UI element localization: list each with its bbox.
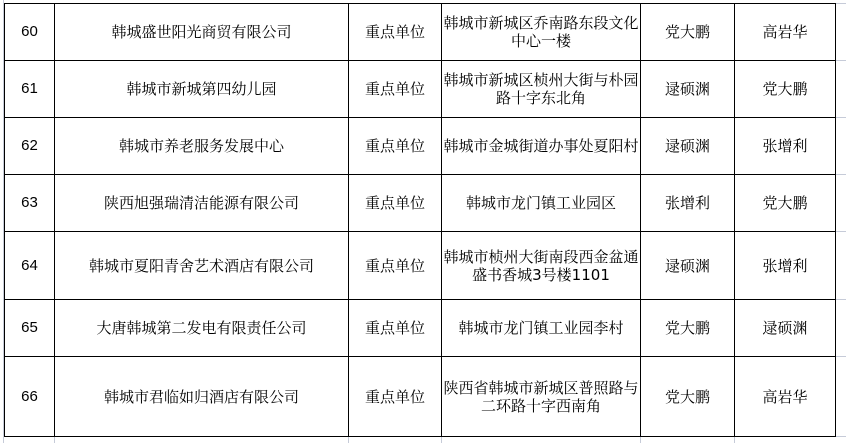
responsible-person-a-cell[interactable]: 党大鹏 [641,300,735,357]
table-row: 65 大唐韩城第二发电有限责任公司 重点单位 韩城市龙门镇工业园李村 党大鹏 逯… [5,300,836,357]
category-cell[interactable]: 重点单位 [349,118,442,175]
sheet-gridline-tick [836,356,846,357]
sheet-gridline-tick [836,436,846,437]
category-cell[interactable]: 重点单位 [349,232,442,300]
row-number-cell[interactable]: 62 [5,118,55,175]
row-number-cell[interactable]: 64 [5,232,55,300]
sheet-gridline-tick [836,299,846,300]
responsible-person-b-cell[interactable]: 党大鹏 [735,61,836,118]
sheet-gridline-tick [836,60,846,61]
address-cell[interactable]: 韩城市新城区桢州大街与朴园路十字东北角 [442,61,641,118]
address-cell[interactable]: 韩城市龙门镇工业园李村 [442,300,641,357]
sheet-gridline-tick [836,117,846,118]
table-row: 60 韩城盛世阳光商贸有限公司 重点单位 韩城市新城区乔南路东段文化中心一楼 党… [5,4,836,61]
sheet-gridline-tick [640,437,641,443]
table-row: 66 韩城市君临如归酒店有限公司 重点单位 陕西省韩城市新城区普照路与二环路十字… [5,357,836,437]
row-number-cell[interactable]: 65 [5,300,55,357]
spreadsheet-view: 60 韩城盛世阳光商贸有限公司 重点单位 韩城市新城区乔南路东段文化中心一楼 党… [0,0,846,443]
responsible-person-a-cell[interactable]: 党大鹏 [641,4,735,61]
row-number-cell[interactable]: 66 [5,357,55,437]
table-row: 64 韩城市夏阳青舍艺术酒店有限公司 重点单位 韩城市桢州大街南段西金盆通盛书香… [5,232,836,300]
table-row: 62 韩城市养老服务发展中心 重点单位 韩城市金城街道办事处夏阳村 逯硕渊 张增… [5,118,836,175]
unit-name-cell[interactable]: 大唐韩城第二发电有限责任公司 [55,300,349,357]
responsible-person-a-cell[interactable]: 党大鹏 [641,357,735,437]
responsible-person-b-cell[interactable]: 党大鹏 [735,175,836,232]
unit-name-cell[interactable]: 陕西旭强瑞清洁能源有限公司 [55,175,349,232]
sheet-gridline-tick [54,437,55,443]
sheet-gridline-tick [734,437,735,443]
sheet-gridline-tick [441,437,442,443]
unit-name-cell[interactable]: 韩城市养老服务发展中心 [55,118,349,175]
sheet-gridline-tick [836,174,846,175]
row-number-cell[interactable]: 63 [5,175,55,232]
responsible-person-a-cell[interactable]: 逯硕渊 [641,118,735,175]
category-cell[interactable]: 重点单位 [349,357,442,437]
responsible-person-b-cell[interactable]: 张增利 [735,232,836,300]
sheet-gridline-tick [836,231,846,232]
responsible-person-b-cell[interactable]: 高岩华 [735,4,836,61]
unit-name-cell[interactable]: 韩城市夏阳青舍艺术酒店有限公司 [55,232,349,300]
responsible-person-b-cell[interactable]: 逯硕渊 [735,300,836,357]
row-number-cell[interactable]: 61 [5,61,55,118]
row-number-cell[interactable]: 60 [5,4,55,61]
responsible-person-a-cell[interactable]: 逯硕渊 [641,61,735,118]
category-cell[interactable]: 重点单位 [349,4,442,61]
category-cell[interactable]: 重点单位 [349,61,442,118]
unit-name-cell[interactable]: 韩城盛世阳光商贸有限公司 [55,4,349,61]
sheet-gridline-tick [836,3,846,4]
category-cell[interactable]: 重点单位 [349,175,442,232]
address-cell[interactable]: 韩城市桢州大街南段西金盆通盛书香城3号楼1101 [442,232,641,300]
table-row: 61 韩城市新城第四幼儿园 重点单位 韩城市新城区桢州大街与朴园路十字东北角 逯… [5,61,836,118]
unit-name-cell[interactable]: 韩城市新城第四幼儿园 [55,61,349,118]
responsible-person-a-cell[interactable]: 张增利 [641,175,735,232]
address-cell[interactable]: 韩城市龙门镇工业园区 [442,175,641,232]
address-cell[interactable]: 韩城市金城街道办事处夏阳村 [442,118,641,175]
units-table: 60 韩城盛世阳光商贸有限公司 重点单位 韩城市新城区乔南路东段文化中心一楼 党… [4,3,836,437]
unit-name-cell[interactable]: 韩城市君临如归酒店有限公司 [55,357,349,437]
address-cell[interactable]: 韩城市新城区乔南路东段文化中心一楼 [442,4,641,61]
sheet-gridline-tick [348,437,349,443]
responsible-person-a-cell[interactable]: 逯硕渊 [641,232,735,300]
responsible-person-b-cell[interactable]: 高岩华 [735,357,836,437]
table-row: 63 陕西旭强瑞清洁能源有限公司 重点单位 韩城市龙门镇工业园区 张增利 党大鹏 [5,175,836,232]
category-cell[interactable]: 重点单位 [349,300,442,357]
responsible-person-b-cell[interactable]: 张增利 [735,118,836,175]
address-cell[interactable]: 陕西省韩城市新城区普照路与二环路十字西南角 [442,357,641,437]
